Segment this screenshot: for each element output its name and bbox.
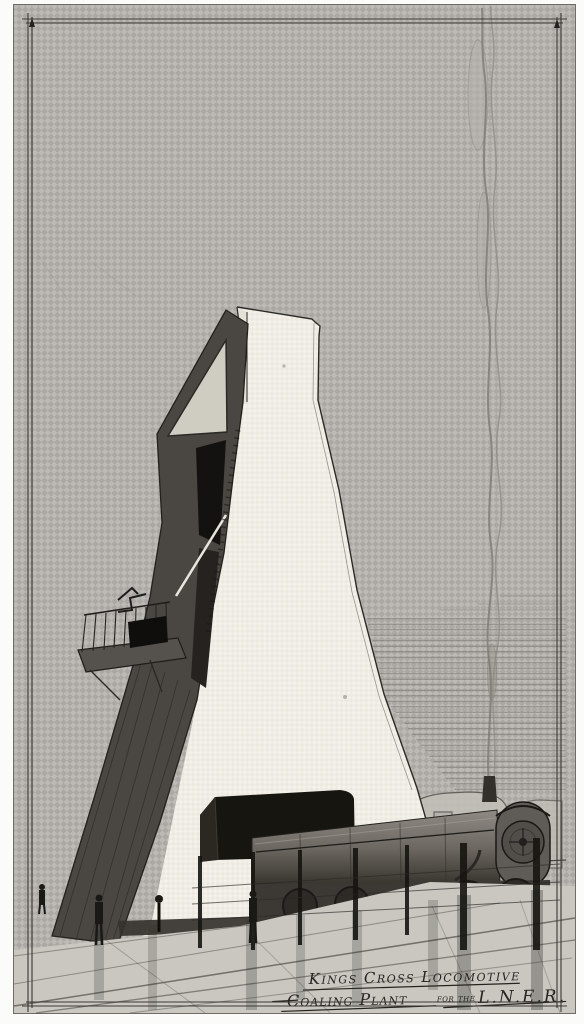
halftone-illustration: Kings Cross Locomotive Coaling Plant for… bbox=[0, 0, 584, 1024]
printed-page: Kings Cross Locomotive Coaling Plant for… bbox=[0, 0, 584, 1024]
caption-line2-for: for the bbox=[436, 993, 476, 1005]
locomotive-chimney bbox=[482, 776, 497, 802]
